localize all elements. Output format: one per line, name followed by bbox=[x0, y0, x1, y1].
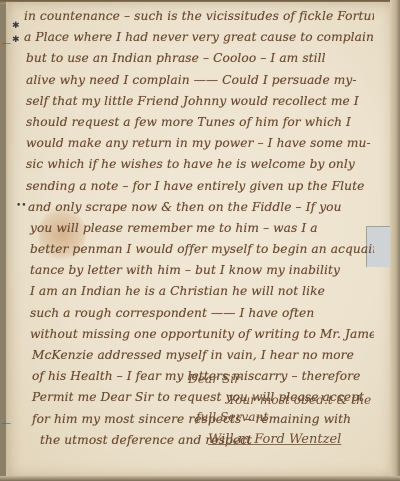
letter-line: tance by letter with him – but I know my… bbox=[24, 260, 374, 281]
letter-line: and only scrape now & then on the Fiddle… bbox=[24, 197, 374, 218]
letter-line: would make any return in my power – I ha… bbox=[24, 133, 374, 154]
letter-line: alive why need I complain —— Could I per… bbox=[24, 70, 374, 91]
margin-mark-icon: ✱ bbox=[12, 36, 20, 45]
margin-mark-icon: — bbox=[2, 40, 11, 49]
signature: Will.m Ford Wentzel bbox=[208, 432, 341, 447]
letter-line: without missing one opportunity of writi… bbox=[24, 324, 374, 345]
page-bottom-edge bbox=[0, 476, 400, 481]
margin-mark-icon: ✱ bbox=[12, 22, 20, 31]
page-right-edge bbox=[390, 0, 400, 481]
letter-line: in countenance – such is the vicissitude… bbox=[24, 6, 374, 27]
letter-line: you will please remember me to him – was… bbox=[24, 218, 374, 239]
salutation: Dear Sir bbox=[188, 372, 240, 386]
letter-line: such a rough correspondent —— I have oft… bbox=[24, 303, 374, 324]
letter-line: sending a note – for I have entirely giv… bbox=[24, 176, 374, 197]
letter-line: but to use an Indian phrase – Cooloo – I… bbox=[24, 48, 374, 69]
valediction-line-1: Your most obed.t & the bbox=[228, 393, 371, 407]
valediction-line-2: full Servant bbox=[196, 410, 268, 424]
letter-line: I am an Indian he is a Christian he will… bbox=[24, 281, 374, 302]
letter-line: sic which if he wishes to have he is wel… bbox=[24, 154, 374, 175]
letter-line: self that my little Friend Johnny would … bbox=[24, 91, 374, 112]
margin-mark-icon: — bbox=[2, 420, 11, 429]
letter-line: should request a few more Tunes of him f… bbox=[24, 112, 374, 133]
letter-line: better penman I would offer myself to be… bbox=[24, 239, 374, 260]
letter-line: a Place where I had never very great cau… bbox=[24, 27, 374, 48]
letter-line: McKenzie addressed myself in vain, I hea… bbox=[24, 345, 374, 366]
